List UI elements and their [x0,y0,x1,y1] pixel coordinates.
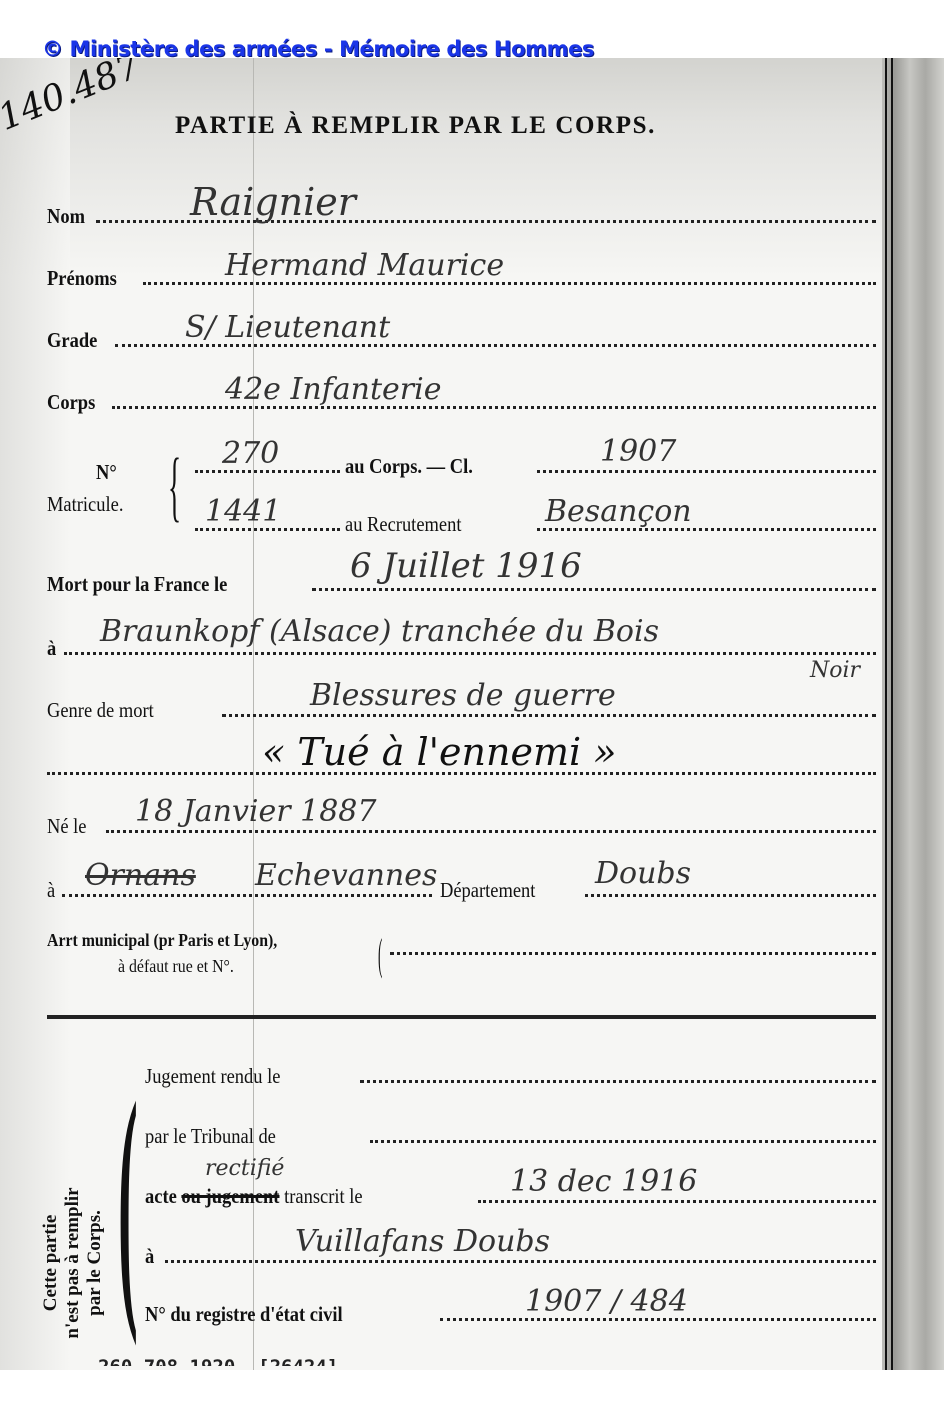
label-transcrit-a: à [145,1244,154,1269]
label-corps: Corps [47,390,95,415]
value-genre-mort-2: « Tué à l'ennemi » [262,730,617,774]
form-title: PARTIE À REMPLIR PAR LE CORPS. [175,112,656,140]
label-arrondissement-2: à défaut rue et N°. [118,956,234,977]
side-note: Cette partie n'est pas à remplir par le … [40,1168,106,1358]
side-note-line: n'est pas à remplir [62,1168,84,1358]
value-mort-le: 6 Juillet 1916 [350,546,582,586]
value-lieu-mort: Braunkopf (Alsace) tranchée du Bois [100,614,659,649]
label-au-recrutement: au Recrutement [345,512,461,537]
fill-line [165,1260,876,1263]
label-jugement-rendu: Jugement rendu le [145,1064,280,1089]
death-record-card: 140.487 PARTIE À REMPLIR PAR LE CORPS. N… [0,58,944,1370]
handwritten-reference: 140.487 [0,58,146,139]
value-registre: 1907 / 484 [525,1284,688,1319]
value-ne-a: Echevannes [255,858,437,893]
value-transcrit-a: Vuillafans Doubs [295,1224,550,1259]
fill-line [390,952,876,955]
value-corps: 42e Infanterie [225,372,441,407]
label-acte-struck: ou jugement [181,1184,279,1208]
label-acte-prefix: acte [145,1184,177,1208]
fill-line [370,1140,876,1143]
fill-line [312,588,876,591]
annotation-rectifie: rectifié [205,1156,284,1181]
value-grade: S/ Lieutenant [185,310,390,345]
label-no: N° [96,460,117,485]
label-ne-a: à [47,878,55,903]
label-grade: Grade [47,328,97,353]
value-prenoms: Hermand Maurice [225,248,504,283]
value-ne-le: 18 Janvier 1887 [135,794,376,829]
side-note-line: par le Corps. [84,1168,106,1358]
label-departement: Département [440,878,535,903]
side-note-line: Cette partie [40,1168,62,1358]
value-genre-mort: Blessures de guerre [310,678,616,713]
value-departement: Doubs [595,856,691,891]
label-genre-mort: Genre de mort [47,698,154,723]
copyright-watermark: © Ministère des armées - Mémoire des Hom… [42,37,594,61]
label-matricule: Matricule. [47,492,123,517]
value-recrutement-lieu: Besançon [545,494,692,529]
brace-icon: ( [378,930,382,980]
section-divider [47,1015,876,1019]
printer-footer: 260-708-1920 [26424] [98,1354,338,1366]
fill-line [64,652,876,655]
label-nom: Nom [47,204,85,229]
value-transcrit-le: 13 dec 1916 [510,1164,697,1199]
value-lieu-mort-suite: Noir [810,658,860,683]
label-arrondissement: Arrt municipal (pr Paris et Lyon), [47,930,277,951]
value-matricule-corps: 270 [222,436,279,471]
brace-icon: { [168,446,181,526]
border-line [891,58,893,1370]
label-au-corps: au Corps. — Cl. [345,454,473,479]
label-lieu-mort: à [47,636,56,661]
value-matricule-recrutement: 1441 [205,494,281,529]
fill-line [360,1080,876,1083]
value-classe: 1907 [600,434,676,469]
value-ne-a-struck: Ornans [85,858,196,893]
label-prenoms: Prénoms [47,266,117,291]
label-acte: acte ou jugement transcrit le [145,1184,363,1209]
fill-line [62,894,432,897]
label-tribunal: par le Tribunal de [145,1124,276,1149]
label-ne-le: Né le [47,814,87,839]
label-mort-le: Mort pour la France le [47,572,227,597]
fill-line [585,894,876,897]
fill-line [537,470,876,473]
fill-line [222,714,876,717]
label-registre: N° du registre d'état civil [145,1302,343,1327]
value-nom: Raignier [190,180,356,224]
brace-icon: ( [118,1063,138,1333]
fill-line [478,1200,876,1203]
fill-line [106,830,876,833]
border-line [885,58,887,1370]
label-acte-suffix: transcrit le [284,1184,363,1208]
